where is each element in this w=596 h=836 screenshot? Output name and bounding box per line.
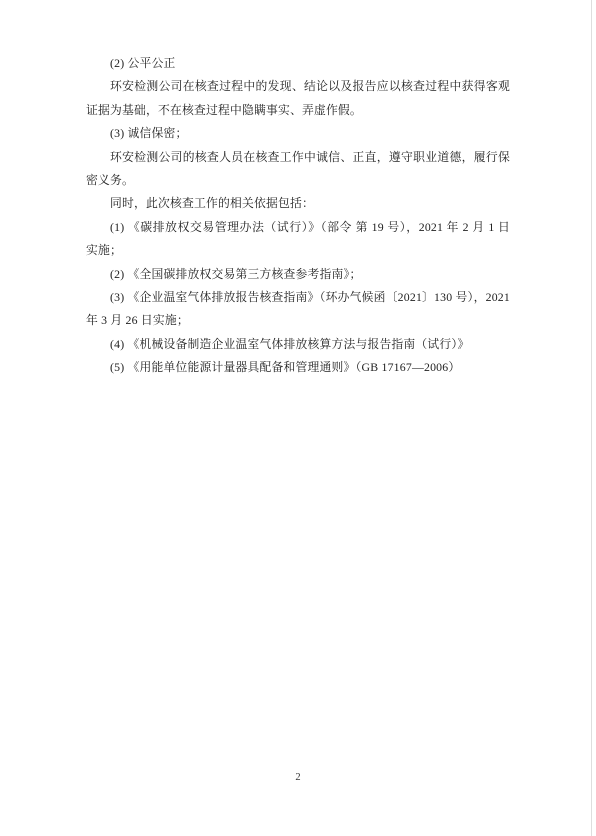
text-line: (3) 《企业温室气体排放报告核查指南》（环办气候函〔2021〕130 号），2… (86, 286, 510, 309)
text-line: (2) 公平公正 (86, 52, 510, 75)
paragraph: 同时，此次核查工作的相关依据包括： (86, 192, 510, 215)
paragraph: (1) 《碳排放权交易管理办法（试行）》（部令 第 19 号），2021 年 2… (86, 216, 510, 263)
paragraph: (2) 公平公正 (86, 52, 510, 75)
text-line: 年 3 月 26 日实施； (86, 309, 510, 332)
text-line: (2) 《全国碳排放权交易第三方核查参考指南》； (86, 263, 510, 286)
paragraph: (5) 《用能单位能源计量器具配备和管理通则》（GB 17167—2006） (86, 356, 510, 379)
text-line: 实施； (86, 239, 510, 262)
text-line: (5) 《用能单位能源计量器具配备和管理通则》（GB 17167—2006） (86, 356, 510, 379)
text-line: 证据为基础，不在核查过程中隐瞒事实、弄虚作假。 (86, 99, 510, 122)
text-line: 环安检测公司的核查人员在核查工作中诚信、正直，遵守职业道德，履行保 (86, 146, 510, 169)
text-line: 环安检测公司在核查过程中的发现、结论以及报告应以核查过程中获得客观 (86, 75, 510, 98)
document-body-text: (2) 公平公正环安检测公司在核查过程中的发现、结论以及报告应以核查过程中获得客… (86, 52, 510, 380)
text-line: 密义务。 (86, 169, 510, 192)
text-line: (3) 诚信保密； (86, 122, 510, 145)
paragraph: 环安检测公司的核查人员在核查工作中诚信、正直，遵守职业道德，履行保密义务。 (86, 146, 510, 193)
text-line: (4) 《机械设备制造企业温室气体排放核算方法与报告指南（试行）》 (86, 333, 510, 356)
text-line: (1) 《碳排放权交易管理办法（试行）》（部令 第 19 号），2021 年 2… (86, 216, 510, 239)
paragraph: (2) 《全国碳排放权交易第三方核查参考指南》； (86, 263, 510, 286)
paragraph: (4) 《机械设备制造企业温室气体排放核算方法与报告指南（试行）》 (86, 333, 510, 356)
text-line: 同时，此次核查工作的相关依据包括： (86, 192, 510, 215)
page-number: 2 (295, 772, 300, 783)
paragraph: (3) 诚信保密； (86, 122, 510, 145)
paragraph: 环安检测公司在核查过程中的发现、结论以及报告应以核查过程中获得客观证据为基础，不… (86, 75, 510, 122)
page-footer: 2 (0, 771, 596, 785)
paragraph: (3) 《企业温室气体排放报告核查指南》（环办气候函〔2021〕130 号），2… (86, 286, 510, 333)
scan-edge-line (591, 0, 592, 836)
document-page: (2) 公平公正环安检测公司在核查过程中的发现、结论以及报告应以核查过程中获得客… (0, 0, 596, 836)
